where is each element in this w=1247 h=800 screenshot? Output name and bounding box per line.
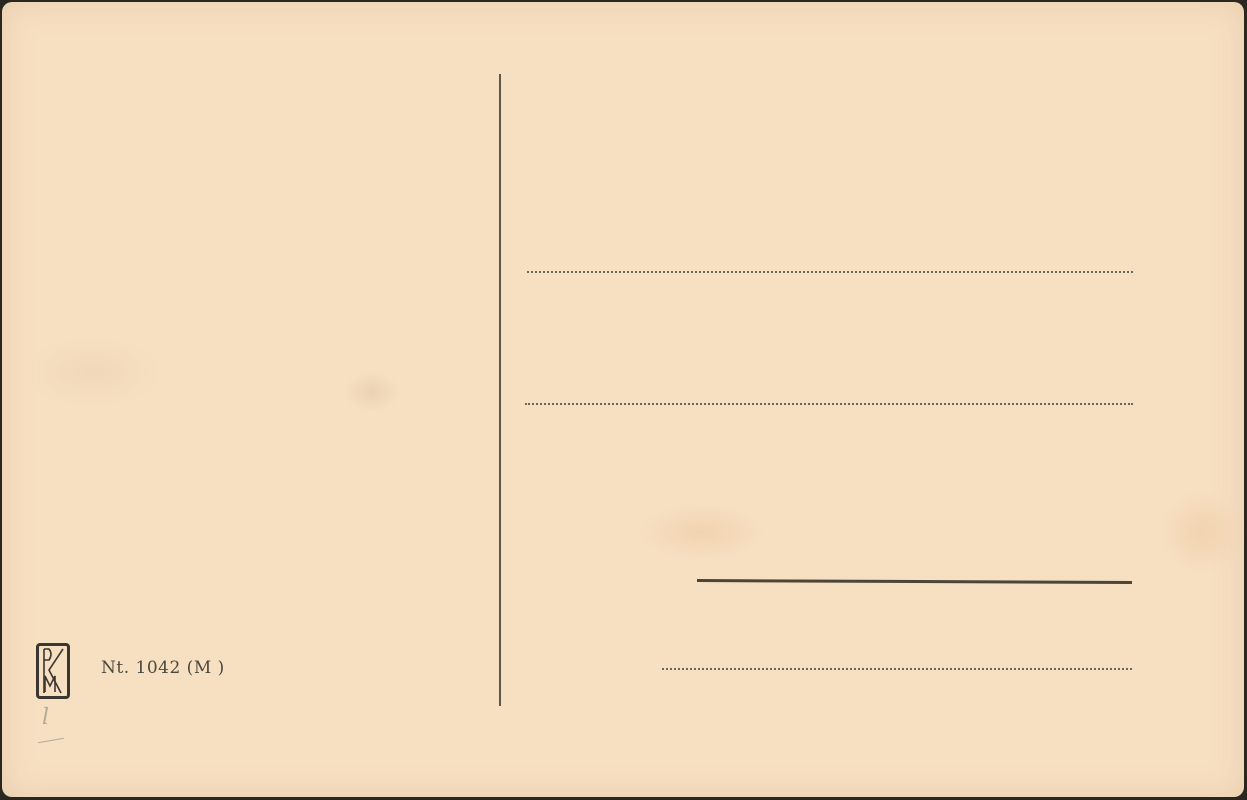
address-line-3-solid: [697, 579, 1132, 584]
series-number: Nt. 1042 (M ): [101, 658, 225, 678]
pencil-mark: l: [42, 705, 49, 730]
address-line-4: [662, 668, 1132, 670]
pencil-underline: [38, 738, 64, 743]
center-divider-line: [499, 74, 501, 706]
address-line-2: [525, 403, 1133, 405]
postcard-back: Nt. 1042 (M ) l: [2, 2, 1244, 797]
address-line-1: [527, 271, 1133, 273]
bkm-monogram-logo-icon: [36, 643, 70, 699]
